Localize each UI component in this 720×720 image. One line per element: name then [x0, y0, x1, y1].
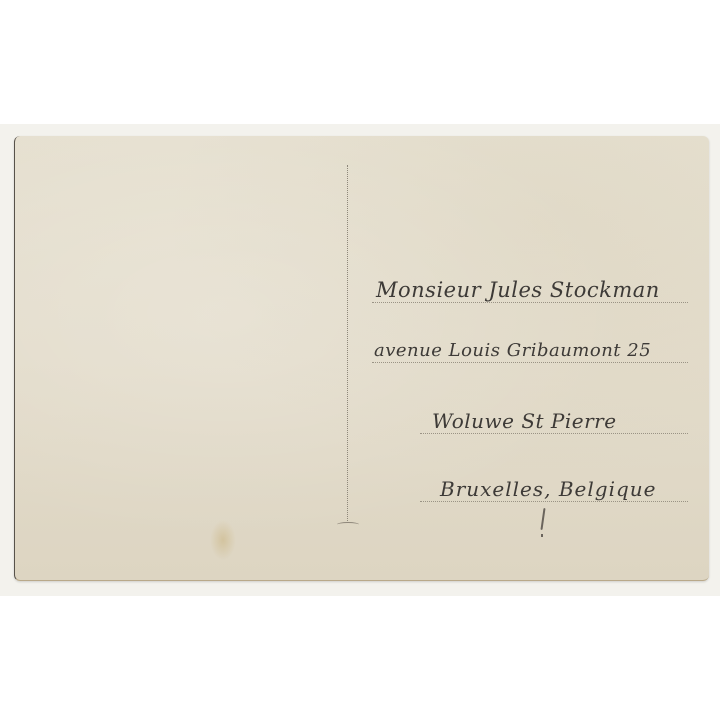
address-recipient: Monsieur Jules Stockman [376, 278, 660, 302]
paper-stain [210, 520, 236, 560]
address-line-guide-1 [372, 302, 688, 303]
address-city-country: Bruxelles, Belgique [440, 477, 657, 501]
address-district: Woluwe St Pierre [432, 409, 617, 433]
center-divider-line [347, 165, 348, 523]
pencil-dot [541, 534, 543, 537]
divider-ornament [337, 522, 359, 527]
address-street: avenue Louis Gribaumont 25 [374, 340, 651, 361]
address-line-guide-4 [420, 501, 688, 502]
address-line-guide-2 [372, 362, 688, 363]
address-line-guide-3 [420, 433, 688, 434]
